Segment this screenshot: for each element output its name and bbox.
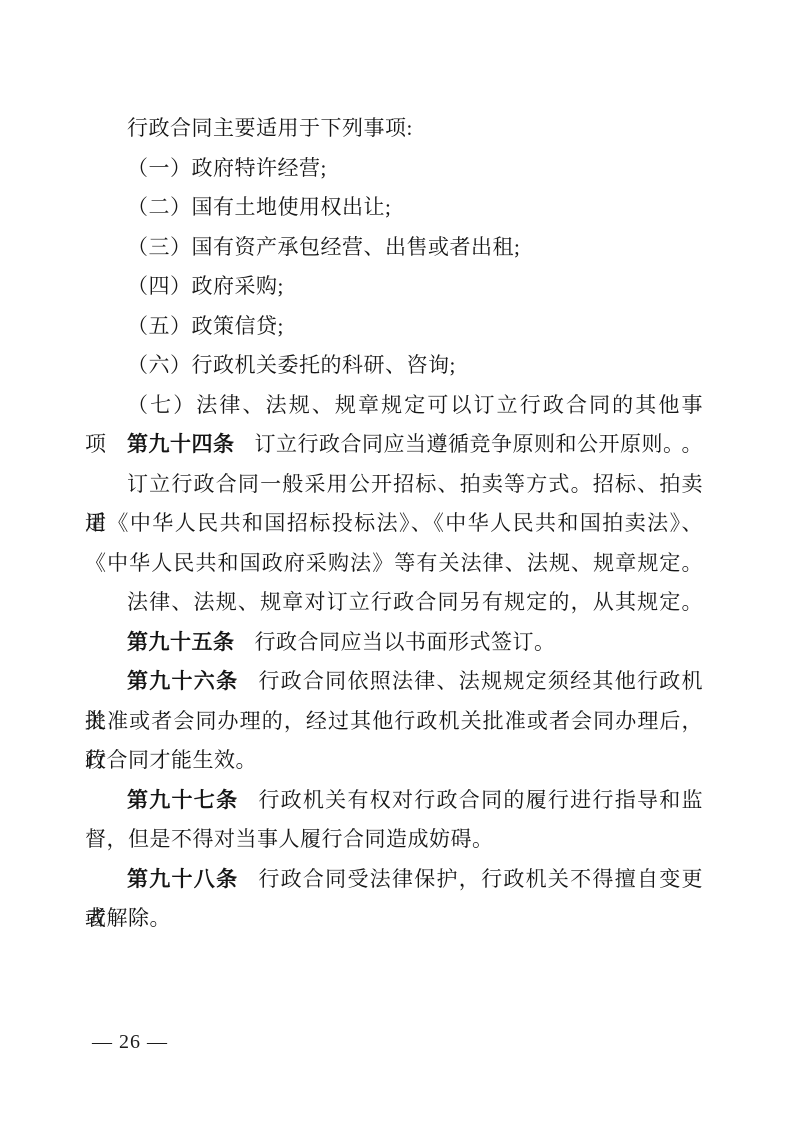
- article-number: 第九十八条: [127, 868, 238, 891]
- text-line: 批准或者会同办理的，经过其他行政机关批准或者会同办理后，行: [85, 702, 703, 742]
- list-item: （一）政府特许经营;: [85, 149, 703, 189]
- document-body: 行政合同主要适用于下列事项: （一）政府特许经营; （二）国有土地使用权出让; …: [85, 109, 703, 939]
- text-line: 者解除。: [85, 899, 703, 939]
- line-text: 行政机关有权对行政合同的履行进行指导和监: [258, 788, 703, 812]
- line-text: （四）政府采购;: [127, 274, 284, 298]
- article-line: 第九十五条行政合同应当以书面形式签订。: [85, 623, 703, 663]
- article-line: 第九十六条行政合同依照法律、法规规定须经其他行政机关: [85, 662, 703, 702]
- article-line: 第九十八条行政合同受法律保护，行政机关不得擅自变更或: [85, 860, 703, 900]
- document-page: 行政合同主要适用于下列事项: （一）政府特许经营; （二）国有土地使用权出让; …: [0, 0, 793, 1122]
- list-item: （五）政策信贷;: [85, 307, 703, 347]
- line-text: 者解除。: [85, 906, 171, 930]
- list-item: （七）法律、法规、规章规定可以订立行政合同的其他事项。: [85, 386, 703, 426]
- text-line: 法律、法规、规章对订立行政合同另有规定的，从其规定。: [85, 583, 703, 623]
- text-line: 订立行政合同一般采用公开招标、拍卖等方式。招标、拍卖适: [85, 465, 703, 505]
- line-text: 《中华人民共和国政府采购法》等有关法律、法规、规章规定。: [85, 551, 703, 575]
- article-line: 第九十七条行政机关有权对行政合同的履行进行指导和监: [85, 781, 703, 821]
- line-text: 法律、法规、规章对订立行政合同另有规定的，从其规定。: [127, 590, 703, 614]
- article-number: 第九十六条: [127, 670, 238, 693]
- article-number: 第九十七条: [127, 789, 238, 812]
- article-line: 第九十四条订立行政合同应当遵循竞争原则和公开原则。: [85, 425, 703, 465]
- text-line: 政合同才能生效。: [85, 741, 703, 781]
- line-text: （六）行政机关委托的科研、咨询;: [127, 353, 456, 377]
- line-text: （五）政策信贷;: [127, 314, 284, 338]
- list-item: （四）政府采购;: [85, 267, 703, 307]
- line-text: 用《中华人民共和国招标投标法》、《中华人民共和国拍卖法》、: [85, 511, 703, 535]
- line-text: 督，但是不得对当事人履行合同造成妨碍。: [85, 827, 494, 851]
- line-text: （三）国有资产承包经营、出售或者出租;: [127, 235, 520, 259]
- line-text: 行政合同应当以书面形式签订。: [255, 630, 556, 654]
- page-number: — 26 —: [92, 1030, 168, 1054]
- line-text: （一）政府特许经营;: [127, 156, 327, 180]
- article-number: 第九十四条: [127, 433, 235, 456]
- line-text: 行政合同主要适用于下列事项:: [127, 116, 413, 140]
- list-item: （六）行政机关委托的科研、咨询;: [85, 346, 703, 386]
- list-item: （三）国有资产承包经营、出售或者出租;: [85, 228, 703, 268]
- text-line: 行政合同主要适用于下列事项:: [85, 109, 703, 149]
- list-item: （二）国有土地使用权出让;: [85, 188, 703, 228]
- line-text: 政合同才能生效。: [85, 748, 257, 772]
- text-line: 督，但是不得对当事人履行合同造成妨碍。: [85, 820, 703, 860]
- text-line: 《中华人民共和国政府采购法》等有关法律、法规、规章规定。: [85, 544, 703, 584]
- article-number: 第九十五条: [127, 631, 235, 654]
- line-text: （二）国有土地使用权出让;: [127, 195, 391, 219]
- text-line: 用《中华人民共和国招标投标法》、《中华人民共和国拍卖法》、: [85, 504, 703, 544]
- line-text: 订立行政合同应当遵循竞争原则和公开原则。: [255, 432, 685, 456]
